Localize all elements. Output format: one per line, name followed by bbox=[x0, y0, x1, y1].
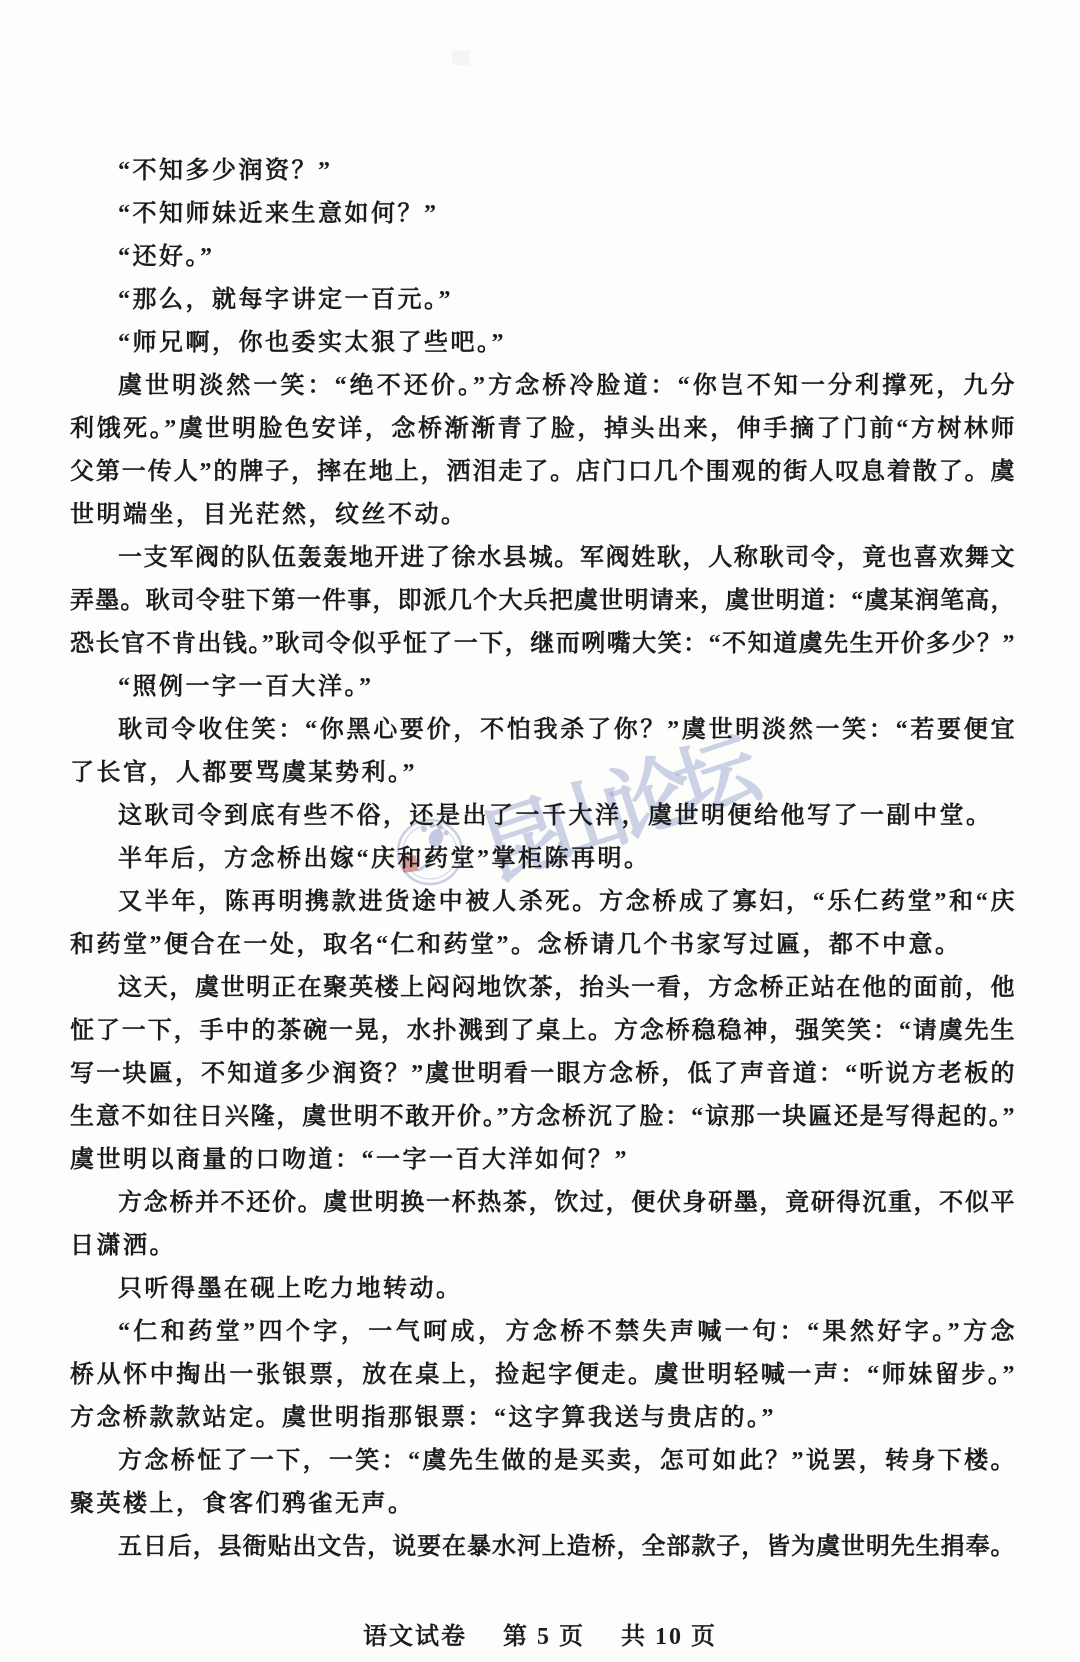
text-line: 怔了一下，手中的茶碗一晃，水扑溅到了桌上。方念桥稳稳神，强笑笑：“请虞先生 bbox=[70, 1010, 1015, 1053]
text-line: 方念桥款款站定。虞世明指那银票：“这字算我送与贵店的。” bbox=[70, 1397, 1015, 1440]
text-line: 这天，虞世明正在聚英楼上闷闷地饮茶，抬头一看，方念桥正站在他的面前，他 bbox=[70, 967, 1015, 1010]
story-text: “不知多少润资？” “不知师妹近来生意如何？” “还好。” “那么，就每字讲定一… bbox=[70, 150, 1015, 1569]
text-line: 桥从怀中掏出一张银票，放在桌上，捡起字便走。虞世明轻喊一声：“师妹留步。” bbox=[70, 1354, 1015, 1397]
page-footer: 语文试卷 第 5 页 共 10 页 bbox=[0, 1616, 1080, 1651]
text-line: 这耿司令到底有些不俗，还是出了一千大洋，虞世明便给他写了一副中堂。 bbox=[70, 795, 1015, 838]
text-line: 父第一传人”的牌子，摔在地上，洒泪走了。店门口几个围观的街人叹息着散了。虞 bbox=[70, 451, 1015, 494]
text-line: 方念桥怔了一下，一笑：“虞先生做的是买卖，怎可如此？”说罢，转身下楼。 bbox=[70, 1440, 1015, 1483]
text-line: 聚英楼上，食客们鸦雀无声。 bbox=[70, 1483, 1015, 1526]
text-line: 了长官，人都要骂虞某势利。” bbox=[70, 752, 1015, 795]
scan-smudge bbox=[452, 50, 470, 65]
footer-page-number: 第 5 页 bbox=[503, 1624, 585, 1650]
text-line: 和药堂”便合在一处，取名“仁和药堂”。念桥请几个书家写过匾，都不中意。 bbox=[70, 924, 1015, 967]
text-line: “还好。” bbox=[70, 236, 1015, 279]
text-line: 世明端坐，目光茫然，纹丝不动。 bbox=[70, 494, 1015, 537]
footer-exam-title: 语文试卷 bbox=[363, 1624, 467, 1650]
text-line: 半年后，方念桥出嫁“庆和药堂”掌柜陈再明。 bbox=[70, 838, 1015, 881]
text-line: “那么，就每字讲定一百元。” bbox=[70, 279, 1015, 322]
footer-page-total: 共 10 页 bbox=[621, 1624, 717, 1650]
text-line: 恐长官不肯出钱。”耿司令似乎怔了一下，继而咧嘴大笑：“不知道虞先生开价多少？” bbox=[70, 623, 1015, 666]
text-line: 方念桥并不还价。虞世明换一杯热茶，饮过，便伏身研墨，竟研得沉重，不似平 bbox=[70, 1182, 1015, 1225]
text-line: “仁和药堂”四个字，一气呵成，方念桥不禁失声喊一句：“果然好字。”方念 bbox=[70, 1311, 1015, 1354]
text-line: 耿司令收住笑：“你黑心要价，不怕我杀了你？”虞世明淡然一笑：“若要便宜 bbox=[70, 709, 1015, 752]
text-line: “不知多少润资？” bbox=[70, 150, 1015, 193]
text-line: “照例一字一百大洋。” bbox=[70, 666, 1015, 709]
text-line: “师兄啊，你也委实太狠了些吧。” bbox=[70, 322, 1015, 365]
text-line: 一支军阀的队伍轰轰地开进了徐水县城。军阀姓耿，人称耿司令，竟也喜欢舞文 bbox=[70, 537, 1015, 580]
text-line: 弄墨。耿司令驻下第一件事，即派几个大兵把虞世明请来，虞世明道：“虞某润笔高， bbox=[70, 580, 1015, 623]
text-line: 利饿死。”虞世明脸色安详，念桥渐渐青了脸，掉头出来，伸手摘了门前“方树林师 bbox=[70, 408, 1015, 451]
text-line: “不知师妹近来生意如何？” bbox=[70, 193, 1015, 236]
text-line: 生意不如往日兴隆，虞世明不敢开价。”方念桥沉了脸：“谅那一块匾还是写得起的。” bbox=[70, 1096, 1015, 1139]
exam-page: 昆山论坛 “不知多少润资？” “不知师妹近来生意如何？” “还好。” “那么，就… bbox=[0, 0, 1080, 1662]
text-line: 写一块匾，不知道多少润资？”虞世明看一眼方念桥，低了声音道：“听说方老板的 bbox=[70, 1053, 1015, 1096]
text-line: 只听得墨在砚上吃力地转动。 bbox=[70, 1268, 1015, 1311]
text-line: 虞世明以商量的口吻道：“一字一百大洋如何？” bbox=[70, 1139, 1015, 1182]
text-line: 五日后，县衙贴出文告，说要在暴水河上造桥，全部款子，皆为虞世明先生捐奉。 bbox=[70, 1526, 1015, 1569]
text-line: 虞世明淡然一笑：“绝不还价。”方念桥冷脸道：“你岂不知一分利撑死，九分 bbox=[70, 365, 1015, 408]
text-line: 日潇洒。 bbox=[70, 1225, 1015, 1268]
text-line: 又半年，陈再明携款进货途中被人杀死。方念桥成了寡妇，“乐仁药堂”和“庆 bbox=[70, 881, 1015, 924]
